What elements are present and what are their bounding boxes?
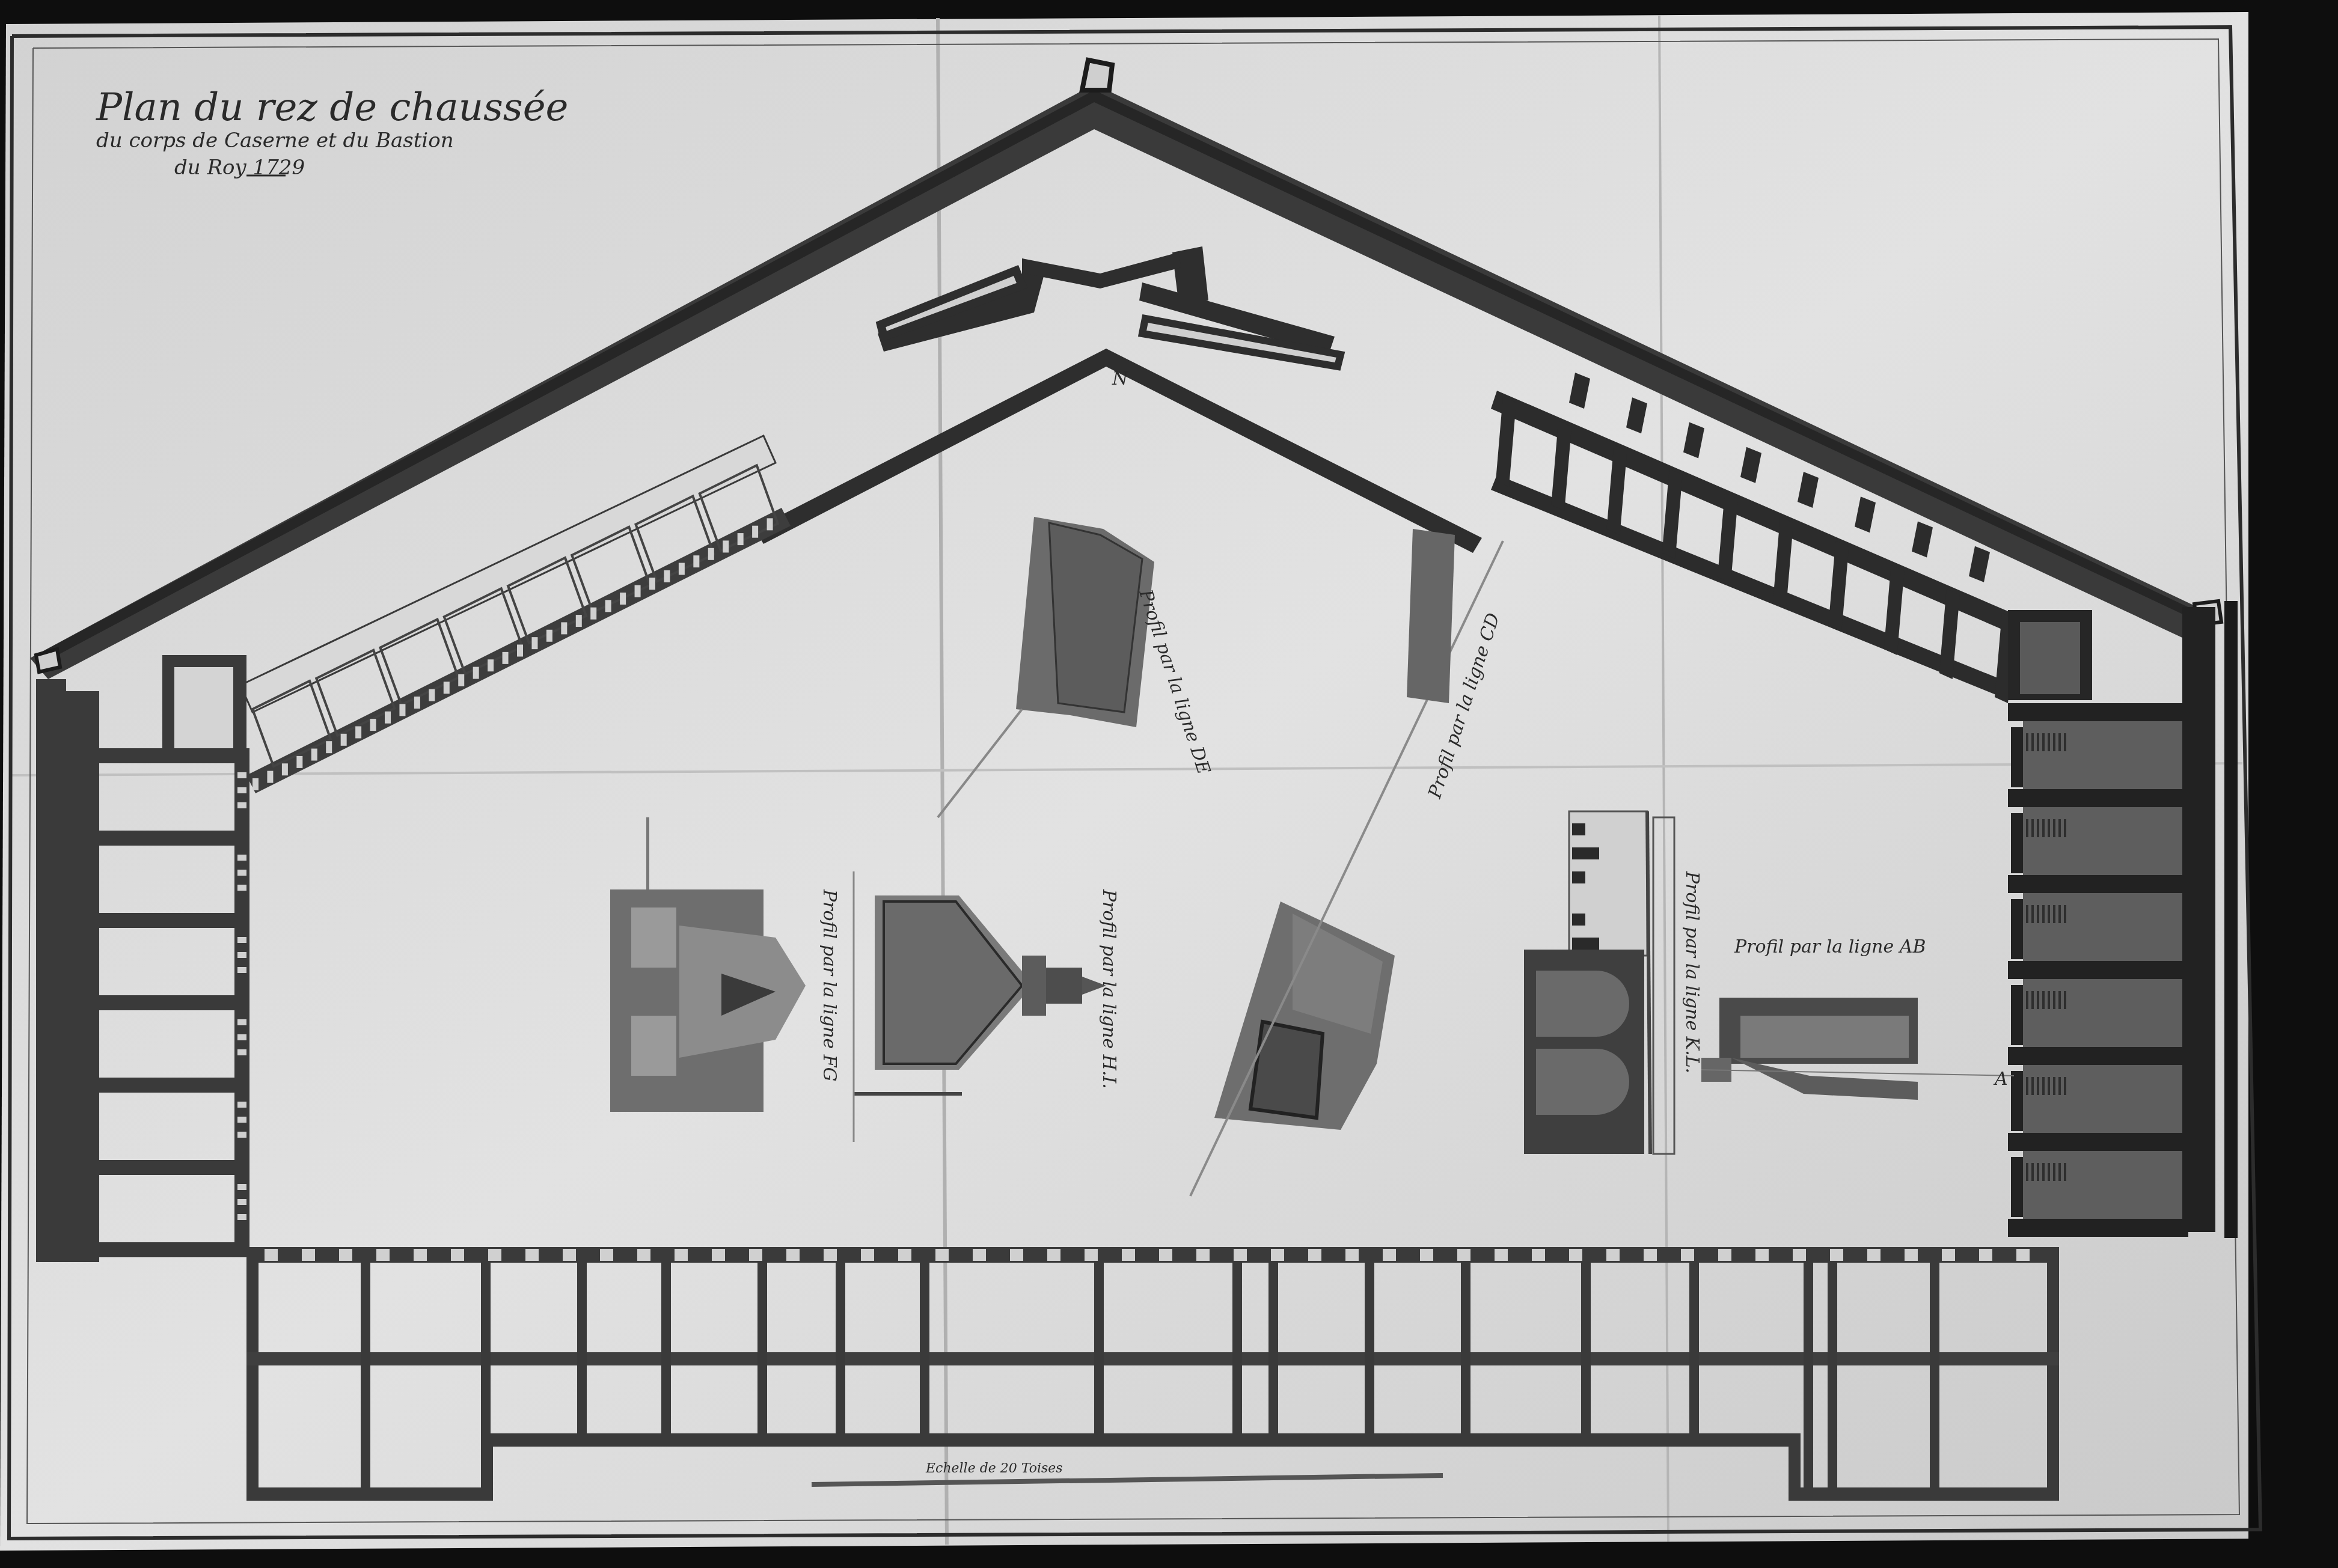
marker-a: A	[1993, 1069, 2008, 1090]
label-profile-fg: Profil par la ligne FG	[819, 889, 840, 1082]
apex-letter: N	[1112, 368, 1129, 389]
label-profile-hi: Profil par la ligne H.I.	[1098, 889, 1119, 1089]
paper	[0, 12, 2338, 1568]
plan-sheet: Plan du rez de chaussée du corps de Case…	[0, 0, 2338, 1568]
title-line-2: du corps de Caserne et du Bastion	[96, 129, 454, 153]
sentry-box-apex	[1082, 60, 1112, 90]
scale-label: Echelle de 20 Toises	[925, 1461, 1063, 1476]
label-profile-ab: Profil par la ligne AB	[1734, 936, 1926, 957]
label-profile-kl: Profil par la ligne K.L.	[1682, 871, 1703, 1073]
title-line-1: Plan du rez de chaussée	[96, 85, 568, 130]
